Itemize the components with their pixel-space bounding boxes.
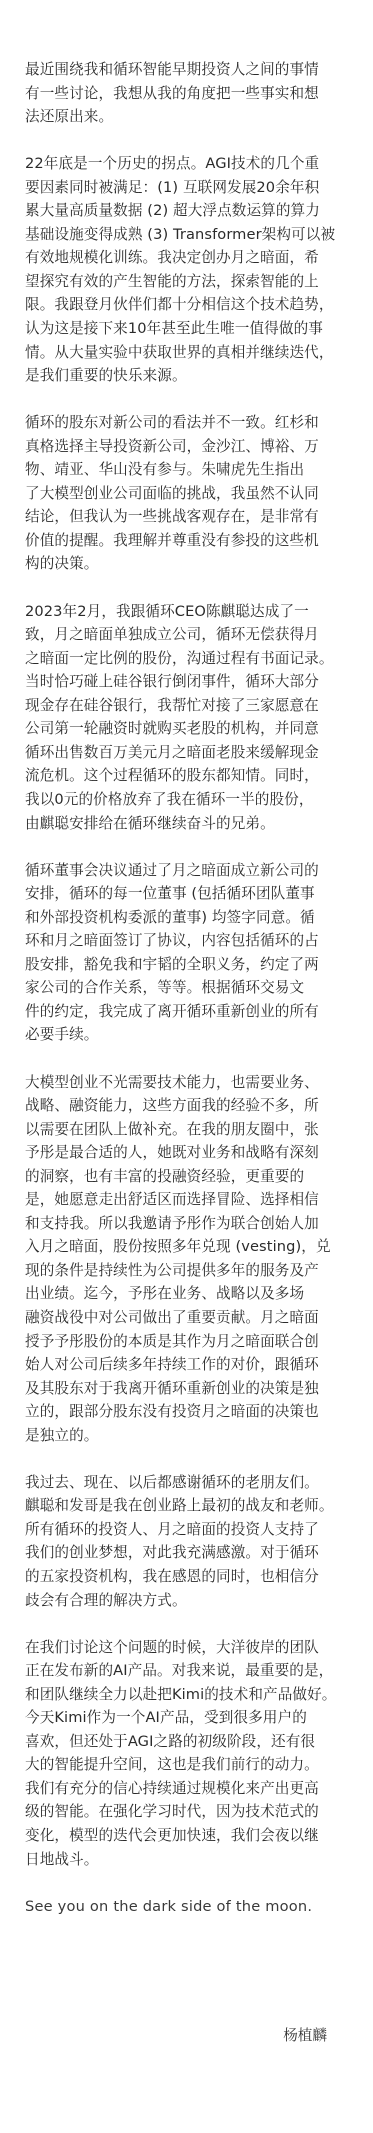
text-line: 的洞察，也有丰富的投融资经验，更重要的 (25, 1165, 349, 1189)
text-line: 融资战役中对公司做出了重要贡献。月之暗面 (25, 1306, 349, 1330)
text-line: 的五家投资机构，我在感恩的同时，也相信分 (25, 1565, 349, 1589)
text-line: 我们有充分的信心持续通过规模化来产出更高 (25, 1777, 349, 1801)
text-line: 最近围绕我和循环智能早期投资人之间的事情 (25, 58, 349, 82)
paragraph-intro: 最近围绕我和循环智能早期投资人之间的事情 有一些讨论，我想从我的角度把一些事实和… (25, 58, 349, 129)
text-line: 予彤是最合适的人，她既对业务和战略有深刻 (25, 1141, 349, 1165)
text-line: 结论，但我认为一些挑战客观存在，是非常有 (25, 505, 349, 529)
text-line: 今天Kimi作为一个AI产品，受到很多用户的 (25, 1706, 349, 1730)
text-line: 我们的创业梦想，对此我充满感激。对于循环 (25, 1541, 349, 1565)
text-line: 循环出售数百万美元月之暗面老股来缓解现金 (25, 741, 349, 765)
text-line: 现的条件是持续性为公司提供多年的服务及产 (25, 1259, 349, 1283)
text-line: 22年底是一个历史的拐点。AGI技术的几个重 (25, 152, 349, 176)
text-line: 致，月之暗面单独成立公司，循环无偿获得月 (25, 623, 349, 647)
text-line: 基础设施变得成熟 (3) Transformer架构可以被 (25, 223, 349, 247)
text-line: 由麒聪安排给在循环继续奋斗的兄弟。 (25, 812, 349, 836)
text-line: 了大模型创业公司面临的挑战，我虽然不认同 (25, 482, 349, 506)
text-line: 有一些讨论，我想从我的角度把一些事实和想 (25, 82, 349, 106)
text-line: 安排，循环的每一位董事 (包括循环团队董事 (25, 882, 349, 906)
text-line: 限。我跟登月伙伴们都十分相信这个技术趋势， (25, 293, 349, 317)
text-line: 件的约定，我完成了离开循环重新创业的所有 (25, 1000, 349, 1024)
text-line: 及其股东对于我离开循环重新创业的决策是独 (25, 1377, 349, 1401)
text-line: 当时恰巧碰上硅谷银行倒闭事件，循环大部分 (25, 670, 349, 694)
text-line: 望探究有效的产生智能的方法，探索智能的上 (25, 270, 349, 294)
paragraph-board-resolution: 循环董事会决议通过了月之暗面成立新公司的 安排，循环的每一位董事 (包括循环团队… (25, 859, 349, 1047)
text-line: 大的智能提升空间，这也是我们前行的动力。 (25, 1753, 349, 1777)
text-line: 有效地规模化训练。我决定创办月之暗面，希 (25, 246, 349, 270)
text-line: 股安排，豁免我和宇韬的全职义务，约定了两 (25, 953, 349, 977)
paragraph-agi-turning-point: 22年底是一个历史的拐点。AGI技术的几个重 要因素同时被满足：(1) 互联网发… (25, 152, 349, 387)
text-line: 级的智能。在强化学习时代，因为技术范式的 (25, 1800, 349, 1824)
text-line: 麒聪和发哥是我在创业路上最初的战友和老师。 (25, 1494, 349, 1518)
closing-line: See you on the dark side of the moon. (25, 1895, 349, 1919)
text-line: 歧会有合理的解决方式。 (25, 1589, 349, 1613)
text-line: 授予予彤股份的本质是其作为月之暗面联合创 (25, 1330, 349, 1354)
text-line: 出业绩。迄今，予彤在业务、战略以及多场 (25, 1282, 349, 1306)
text-line: 流危机。这个过程循环的股东都知情。同时， (25, 764, 349, 788)
text-line: 2023年2月，我跟循环CEO陈麒聪达成了一 (25, 600, 349, 624)
text-line: 是，她愿意走出舒适区而选择冒险、选择相信 (25, 1188, 349, 1212)
text-line: 喜欢，但还处于AGI之路的初级阶段，还有很 (25, 1730, 349, 1754)
text-line: 大模型创业不光需要技术能力，也需要业务、 (25, 1071, 349, 1095)
text-line: 我过去、现在、以后都感谢循环的老朋友们。 (25, 1471, 349, 1495)
text-line: 立的，跟部分股东没有投资月之暗面的决策也 (25, 1400, 349, 1424)
paragraph-feb-2023: 2023年2月，我跟循环CEO陈麒聪达成了一 致，月之暗面单独成立公司，循环无偿… (25, 600, 349, 835)
text-line: 我以0元的价格放弃了我在循环一半的股份， (25, 788, 349, 812)
statement-document: 最近围绕我和循环智能早期投资人之间的事情 有一些讨论，我想从我的角度把一些事实和… (25, 58, 349, 1918)
text-line: 和支持我。所以我邀请予彤作为联合创始人加 (25, 1212, 349, 1236)
paragraph-kimi-future: 在我们讨论这个问题的时候，大洋彼岸的团队 正在发布新的AI产品。对我来说，最重要… (25, 1636, 349, 1871)
text-line: 情。从大量实验中获取世界的真相并继续迭代， (25, 341, 349, 365)
text-line: 物、靖亚、华山没有参与。朱啸虎先生指出 (25, 458, 349, 482)
text-line: 家公司的合作关系，等等。根据循环交易文 (25, 976, 349, 1000)
text-line: 真格选择主导投资新公司，金沙江、博裕、万 (25, 435, 349, 459)
text-line: 循环董事会决议通过了月之暗面成立新公司的 (25, 859, 349, 883)
text-line: 循环的股东对新公司的看法并不一致。红杉和 (25, 411, 349, 435)
text-line: 正在发布新的AI产品。对我来说，最重要的是， (25, 1659, 349, 1683)
text-line: 要因素同时被满足：(1) 互联网发展20余年积 (25, 176, 349, 200)
paragraph-shareholders: 循环的股东对新公司的看法并不一致。红杉和 真格选择主导投资新公司，金沙江、博裕、… (25, 411, 349, 576)
paragraph-gratitude: 我过去、现在、以后都感谢循环的老朋友们。 麒聪和发哥是我在创业路上最初的战友和老… (25, 1471, 349, 1612)
text-line: 认为这是接下来10年甚至此生唯一值得做的事 (25, 317, 349, 341)
text-line: 入月之暗面，股份按照多年兑现 (vesting)，兑 (25, 1235, 349, 1259)
text-line: 是我们重要的快乐来源。 (25, 364, 349, 388)
text-line: 日地战斗。 (25, 1848, 349, 1872)
text-line: 变化，模型的迭代会更加快速，我们会夜以继 (25, 1824, 349, 1848)
text-line: 现金存在硅谷银行，我帮忙对接了三家愿意在 (25, 694, 349, 718)
text-line: 累大量高质量数据 (2) 超大浮点数运算的算力 (25, 199, 349, 223)
text-line: 和外部投资机构委派的董事) 均签字同意。循 (25, 906, 349, 930)
text-line: 法还原出来。 (25, 105, 349, 129)
text-line: 公司第一轮融资时就购买老股的机构，并同意 (25, 717, 349, 741)
text-line: 价值的提醒。我理解并尊重没有参投的这些机 (25, 529, 349, 553)
text-line: 是独立的。 (25, 1424, 349, 1448)
text-line: 所有循环的投资人、月之暗面的投资人支持了 (25, 1518, 349, 1542)
text-line: 之暗面一定比例的股份，沟通过程有书面记录。 (25, 647, 349, 671)
text-line: 构的决策。 (25, 552, 349, 576)
text-line: 和团队继续全力以赴把Kimi的技术和产品做好。 (25, 1683, 349, 1707)
text-line: 在我们讨论这个问题的时候，大洋彼岸的团队 (25, 1636, 349, 1660)
text-line: 环和月之暗面签订了协议，内容包括循环的占 (25, 929, 349, 953)
text-line: 始人对公司后续多年持续工作的对价，跟循环 (25, 1353, 349, 1377)
text-line: 以需要在团队上做补充。在我的朋友圈中，张 (25, 1118, 349, 1142)
text-line: 必要手续。 (25, 1023, 349, 1047)
author-signature: 杨植麟 (283, 2024, 327, 2047)
paragraph-cofounder: 大模型创业不光需要技术能力，也需要业务、 战略、融资能力，这些方面我的经验不多，… (25, 1071, 349, 1448)
text-line: 战略、融资能力，这些方面我的经验不多，所 (25, 1094, 349, 1118)
